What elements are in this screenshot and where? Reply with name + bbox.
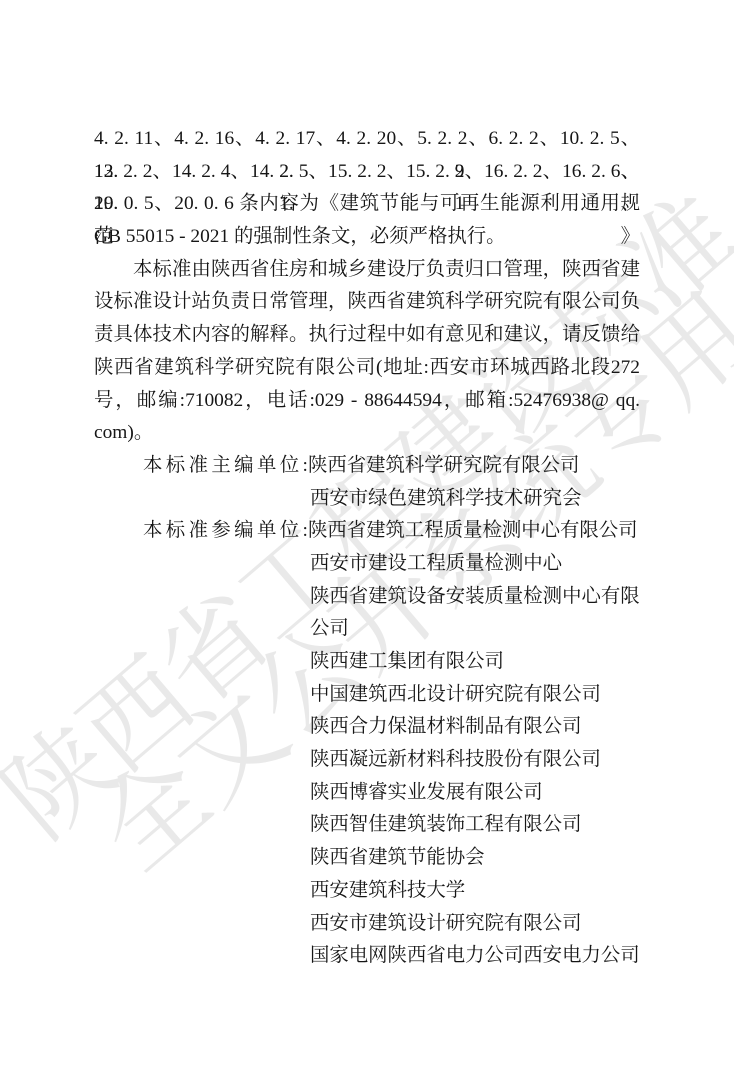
intro-line-2: 13. 2. 2、14. 2. 4、14. 2. 5、15. 2. 2、15. … [94,156,640,189]
participating-label: 本标准参编单位 [143,520,303,541]
management-line-1: 本标准由陕西省住房和城乡建设厅负责归口管理，陕西省建 [94,254,640,287]
unit-name: 西安市绿色建筑科学技术研究会 [310,483,640,516]
unit-name: 陕西合力保温材料制品有限公司 [310,711,640,744]
management-line-4: 陕西省建筑科学研究院有限公司(地址:西安市环城西路北段272 [94,352,640,385]
management-line-5: 号，邮编:710082，电话:029 - 88644594，邮箱:5247693… [94,385,640,418]
unit-name: 西安市建筑设计研究院有限公司 [310,908,640,941]
chief-editor-row: 本标准主编单位:陕西省建筑科学研究院有限公司 [143,450,640,483]
unit-name: 陕西省建筑设备安装质量检测中心有限 [310,581,640,614]
chief-editor-label: 本标准主编单位 [143,455,303,476]
body-text: 4. 2. 11、4. 2. 16、4. 2. 17、4. 2. 20、5. 2… [94,123,640,973]
unit-name: 中国建筑西北设计研究院有限公司 [310,679,640,712]
management-line-3: 责具体技术内容的解释。执行过程中如有意见和建议，请反馈给 [94,319,640,352]
unit-name: 陕西省建筑节能协会 [310,842,640,875]
unit-name: 陕西博睿实业发展有限公司 [310,777,640,810]
unit-name: 西安建筑科技大学 [310,875,640,908]
participating-row: 本标准参编单位:陕西省建筑工程质量检测中心有限公司 [143,515,640,548]
unit-name: 陕西省建筑科学研究院有限公司 [308,455,579,476]
unit-name: 陕西建工集团有限公司 [310,646,640,679]
unit-name: 陕西凝远新材料科技股份有限公司 [310,744,640,777]
unit-name: 陕西智佳建筑装饰工程有限公司 [310,809,640,842]
unit-name: 西安市建设工程质量检测中心 [310,548,640,581]
intro-line-1: 4. 2. 11、4. 2. 16、4. 2. 17、4. 2. 20、5. 2… [94,123,640,156]
intro-line-3: 20. 0. 5、20. 0. 6 条内容为《建筑节能与可再生能源利用通用规范》 [94,188,640,221]
management-line-6: com)。 [94,417,640,450]
management-line-2: 设标准设计站负责日常管理，陕西省建筑科学研究院有限公司负 [94,286,640,319]
unit-name: 陕西省建筑工程质量检测中心有限公司 [308,520,638,541]
unit-name: 国家电网陕西省电力公司西安电力公司 [310,940,640,973]
unit-name-wrap: 公司 [310,613,640,646]
document-page: 陕西省工程建设标准 全文公开系统专用 4. 2. 11、4. 2. 16、4. … [0,0,734,1076]
